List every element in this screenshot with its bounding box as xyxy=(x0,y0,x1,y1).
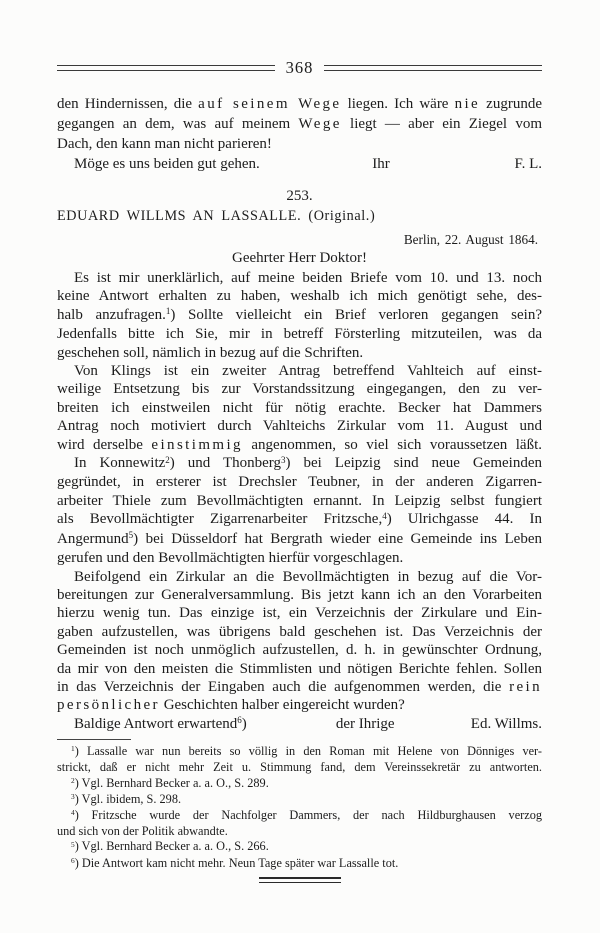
paragraph-2: Von Klings ist ein zweiter Antrag betref… xyxy=(57,362,542,454)
footnote-marker: 4 xyxy=(71,808,75,817)
letter-body: Es ist mir unerklärlich, auf meine beide… xyxy=(57,269,542,715)
text-line: keine Antwort erhalten zu haben, weshalb… xyxy=(57,287,542,305)
text-line: hierzu wenig tun. Das einzige ist, ein V… xyxy=(57,604,542,622)
text-line: weilige Entsetzung bis zur Vorstandssitz… xyxy=(57,380,542,398)
text-segment: ) Ulrichgasse 44. In xyxy=(387,511,542,527)
letter-signature: Baldige Antwort erwartend6) der Ihrige E… xyxy=(57,715,542,734)
letter-heading: EDUARD WILLMS AN LASSALLE. (Original.) xyxy=(57,208,542,225)
text-line: den Hindernissen, die auf seinem Wege li… xyxy=(57,94,542,114)
text-segment: weilige Entsetzung bis zur Vorstandssitz… xyxy=(57,381,542,397)
text-segment: den Hindernissen, die xyxy=(57,96,198,112)
text-segment: ) Vgl. Bernhard Becker a. a. O., S. 289. xyxy=(75,776,269,790)
text-segment: liegen. Ich wäre xyxy=(342,96,455,112)
text-segment: liegt — aber ein Ziegel vom xyxy=(342,116,542,132)
text-segment: und sich von der Politik abwandte. xyxy=(57,824,228,838)
letter-salutation: Geehrter Herr Doktor! xyxy=(57,250,542,267)
text-segment: ) bei Leipzig sind neue Gemeinden xyxy=(286,455,542,471)
text-line: 5) Vgl. Bernhard Becker a. a. O., S. 266… xyxy=(57,839,542,855)
letterspaced-text: auf seinem Wege xyxy=(198,96,341,112)
letterspaced-text: Wege xyxy=(298,116,341,132)
footnote-1: 1) Lassalle war nun bereits so völlig in… xyxy=(57,744,542,775)
text-line: Beifolgend ein Zirkular an die Bevollmäc… xyxy=(57,568,542,586)
text-segment: zugrunde xyxy=(480,96,542,112)
text-segment: als Bevollmächtigter Zigarrenarbeiter Fr… xyxy=(57,511,382,527)
previous-letter-signoff: Möge es uns beiden gut gehen. Ihr F. L. xyxy=(57,154,542,174)
text-line: 3) Vgl. ibidem, S. 298. xyxy=(57,792,542,808)
text-line: und sich von der Politik abwandte. xyxy=(57,824,542,839)
previous-letter-ending: den Hindernissen, die auf seinem Wege li… xyxy=(57,94,542,154)
text-line: 2) Vgl. Bernhard Becker a. a. O., S. 289… xyxy=(57,776,542,792)
letterspaced-text: persönlicher xyxy=(57,697,160,713)
text-segment: ) Vgl. ibidem, S. 298. xyxy=(75,792,181,806)
text-segment: Jedenfalls bitte ich Sie, mir in betreff… xyxy=(57,326,542,342)
footnote-3: 3) Vgl. ibidem, S. 298. xyxy=(57,792,542,808)
letter-dateline: Berlin, 22. August 1864. xyxy=(57,232,542,248)
end-ornament-rule xyxy=(259,877,341,884)
text-segment: wird derselbe xyxy=(57,437,151,453)
text-line: Gemeinden ist noch unmöglich aufzustelle… xyxy=(57,641,542,659)
text-segment: Es ist mir unerklärlich, auf meine beide… xyxy=(74,270,542,286)
text-segment: ) und Thonberg xyxy=(170,455,281,471)
text-line: halb anzufragen.1) Sollte vielleicht ein… xyxy=(57,306,542,325)
page-header: 368 xyxy=(57,58,542,78)
paragraph-1: Es ist mir unerklärlich, auf meine beide… xyxy=(57,269,542,362)
footnote-marker: 1 xyxy=(71,744,75,753)
text-segment: Angermund xyxy=(57,531,129,547)
text-line: breiten ich einstweilen nicht für nötig … xyxy=(57,399,542,417)
text-segment: keine Antwort erhalten zu haben, weshalb… xyxy=(57,288,542,304)
text-segment: geschehen soll, nämlich in bezug auf die… xyxy=(57,345,363,361)
signature-text: Baldige Antwort erwartend6) xyxy=(74,716,247,732)
text-segment: ) Sollte vielleicht ein Brief verloren g… xyxy=(170,307,542,323)
text-line: bereitungen zur Generalversammlung. Bis … xyxy=(57,586,542,604)
text-line: in das Verzeichnis der Eingaben auch die… xyxy=(57,678,542,696)
text-segment: da mir von den meisten die Stimmlisten u… xyxy=(57,661,542,677)
text-line: Von Klings ist ein zweiter Antrag betref… xyxy=(57,362,542,380)
text-segment: ) Fritzsche wurde der Nachfolger Dammers… xyxy=(75,808,542,822)
text-line: 4) Fritzsche wurde der Nachfolger Dammer… xyxy=(57,808,542,824)
text-segment: gerufen und den Bevollmächtigten hierfür… xyxy=(57,550,403,566)
footnote-marker: 1 xyxy=(166,306,171,316)
text-line: Dach, den kann man nicht parieren! xyxy=(57,134,542,154)
text-segment: ) xyxy=(242,716,247,732)
text-segment: strickt, daß er nicht mehr Zeit u. Stimm… xyxy=(57,760,542,774)
text-segment: halb anzufragen. xyxy=(57,307,166,323)
text-segment: Dach, den kann man nicht parieren! xyxy=(57,136,272,152)
text-line: 1) Lassalle war nun bereits so völlig in… xyxy=(57,744,542,760)
text-line: persönlicher Geschichten halber eingerei… xyxy=(57,696,542,714)
text-line: Angermund5) bei Düsseldorf hat Bergrath … xyxy=(57,530,542,549)
footnote-4: 4) Fritzsche wurde der Nachfolger Dammer… xyxy=(57,808,542,839)
text-segment: ) Vgl. Bernhard Becker a. a. O., S. 266. xyxy=(75,839,269,853)
footnote-marker: 5 xyxy=(129,530,134,540)
text-segment: Antrag noch motiviert durch Vahlteichs Z… xyxy=(57,418,542,434)
text-line: strickt, daß er nicht mehr Zeit u. Stimm… xyxy=(57,760,542,775)
text-segment: Beifolgend ein Zirkular an die Bevollmäc… xyxy=(74,569,542,585)
text-segment: ) Die Antwort kam nicht mehr. Neun Tage … xyxy=(75,856,399,870)
text-line: gegründet, in ersterer ist Drechsler Teu… xyxy=(57,473,542,491)
text-segment: bereitungen zur Generalversammlung. Bis … xyxy=(57,587,542,603)
footnote-marker: 2 xyxy=(165,455,170,465)
text-line: Baldige Antwort erwartend6) xyxy=(74,716,247,732)
text-line: wird derselbe einstimmig angenommen, so … xyxy=(57,436,542,454)
text-line: Es ist mir unerklärlich, auf meine beide… xyxy=(57,269,542,287)
text-line: als Bevollmächtigter Zigarrenarbeiter Fr… xyxy=(57,510,542,529)
footnote-marker: 2 xyxy=(71,776,75,785)
letter-number: 253. xyxy=(57,188,542,205)
footnote-separator-rule xyxy=(57,739,131,740)
text-segment: Von Klings ist ein zweiter Antrag betref… xyxy=(74,363,542,379)
header-rule-right xyxy=(324,65,542,71)
footnote-6: 6) Die Antwort kam nicht mehr. Neun Tage… xyxy=(57,856,542,872)
letterspaced-text: einstimmig xyxy=(151,437,243,453)
signature-der-ihrige: der Ihrige xyxy=(336,715,395,733)
text-segment: gegangen an dem, was auf meinem xyxy=(57,116,298,132)
text-line: 6) Die Antwort kam nicht mehr. Neun Tage… xyxy=(57,856,542,872)
text-segment: In Konnewitz xyxy=(74,455,165,471)
text-line: Antrag noch motiviert durch Vahlteichs Z… xyxy=(57,417,542,435)
signature-name: Ed. Willms. xyxy=(471,715,542,733)
text-line: Jedenfalls bitte ich Sie, mir in betreff… xyxy=(57,325,542,343)
text-segment: Gemeinden ist noch unmöglich aufzustelle… xyxy=(57,642,542,658)
text-line: gegangen an dem, was auf meinem Wege lie… xyxy=(57,114,542,134)
signoff-initials: F. L. xyxy=(514,154,542,174)
footnote-marker: 4 xyxy=(382,511,387,521)
footnote-2: 2) Vgl. Bernhard Becker a. a. O., S. 289… xyxy=(57,776,542,792)
text-segment: angenommen, so viel sich voraussetzen lä… xyxy=(243,437,542,453)
text-segment: Baldige Antwort erwartend xyxy=(74,716,237,732)
paragraph-3: In Konnewitz2) und Thonberg3) bei Leipzi… xyxy=(57,454,542,567)
paragraph-4: Beifolgend ein Zirkular an die Bevollmäc… xyxy=(57,568,542,715)
text-line: gerufen und den Bevollmächtigten hierfür… xyxy=(57,549,542,567)
text-segment: ) bei Düsseldorf hat Bergrath wieder ein… xyxy=(133,531,542,547)
footnote-marker: 6 xyxy=(71,856,75,865)
text-segment: hierzu wenig tun. Das einzige ist, ein V… xyxy=(57,605,542,621)
footnote-5: 5) Vgl. Bernhard Becker a. a. O., S. 266… xyxy=(57,839,542,855)
letterspaced-text: rein xyxy=(509,679,542,695)
text-segment: arbeiter Thiele zum Bevollmächtigten ern… xyxy=(57,493,542,509)
text-line: arbeiter Thiele zum Bevollmächtigten ern… xyxy=(57,492,542,510)
book-page: 368 den Hindernissen, die auf seinem Weg… xyxy=(0,0,600,933)
letterspaced-text: nie xyxy=(455,96,481,112)
footnote-marker: 3 xyxy=(281,455,286,465)
text-segment: ) Lassalle war nun bereits so völlig in … xyxy=(75,744,542,758)
signoff-text: Möge es uns beiden gut gehen. xyxy=(74,156,260,172)
text-line: In Konnewitz2) und Thonberg3) bei Leipzi… xyxy=(57,454,542,473)
footnotes: 1) Lassalle war nun bereits so völlig in… xyxy=(57,744,542,872)
footnote-marker: 3 xyxy=(71,792,75,801)
text-line: gaben aufzustellen, was übrigens bald ge… xyxy=(57,623,542,641)
text-segment: gaben aufzustellen, was übrigens bald ge… xyxy=(57,624,542,640)
header-rule-left xyxy=(57,65,275,71)
signoff-ihr: Ihr xyxy=(372,154,390,174)
footnote-marker: 6 xyxy=(237,715,242,725)
footnote-marker: 5 xyxy=(71,840,75,849)
text-line: geschehen soll, nämlich in bezug auf die… xyxy=(57,344,542,362)
text-segment: breiten ich einstweilen nicht für nötig … xyxy=(57,400,542,416)
page-number: 368 xyxy=(286,58,314,78)
text-line: da mir von den meisten die Stimmlisten u… xyxy=(57,660,542,678)
text-segment: in das Verzeichnis der Eingaben auch die… xyxy=(57,679,509,695)
text-segment: Geschichten halber eingereicht wurden? xyxy=(160,697,405,713)
text-segment: gegründet, in ersterer ist Drechsler Teu… xyxy=(57,474,542,490)
